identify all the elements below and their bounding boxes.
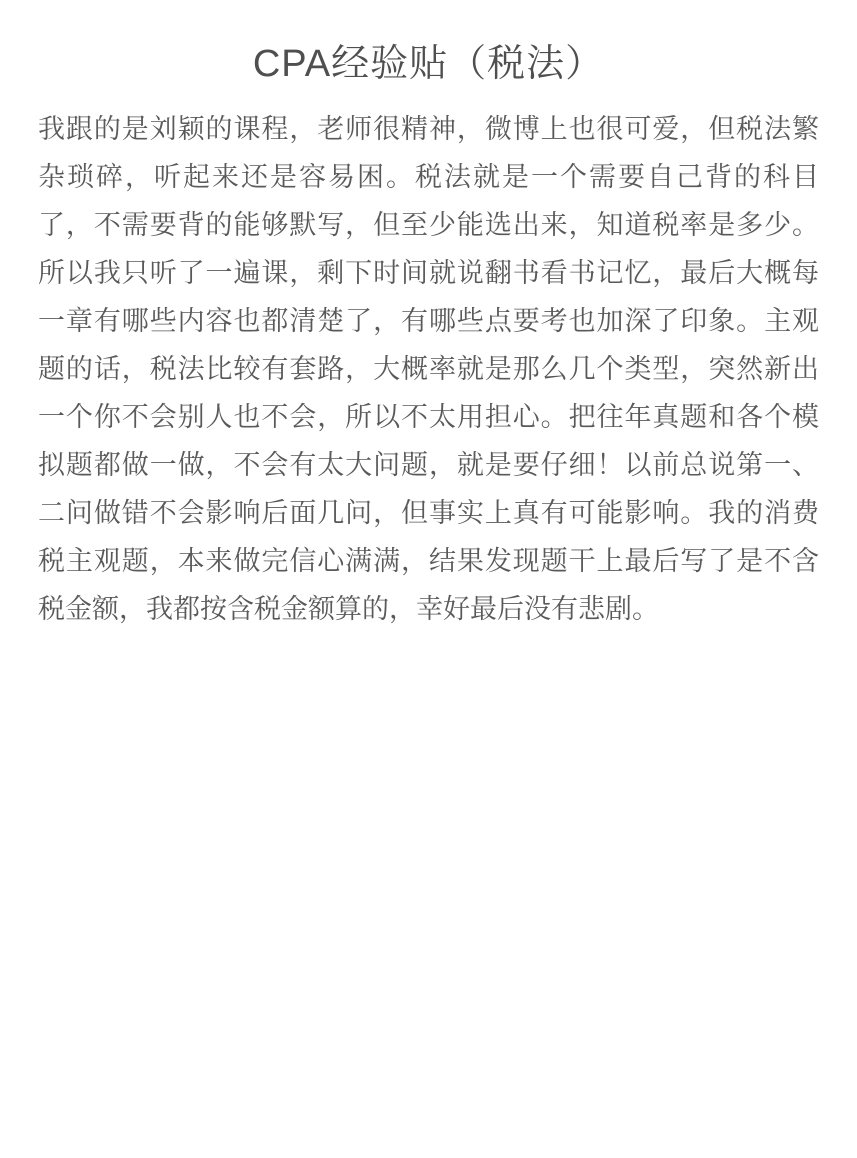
article-body-text: 我跟的是刘颖的课程，老师很精神，微博上也很可爱，但税法繁杂琐碎，听起来还是容易困…: [38, 105, 819, 633]
page-title: CPA经验贴（税法）: [38, 40, 819, 89]
article-page: CPA经验贴（税法） 我跟的是刘颖的课程，老师很精神，微博上也很可爱，但税法繁杂…: [0, 0, 857, 1158]
